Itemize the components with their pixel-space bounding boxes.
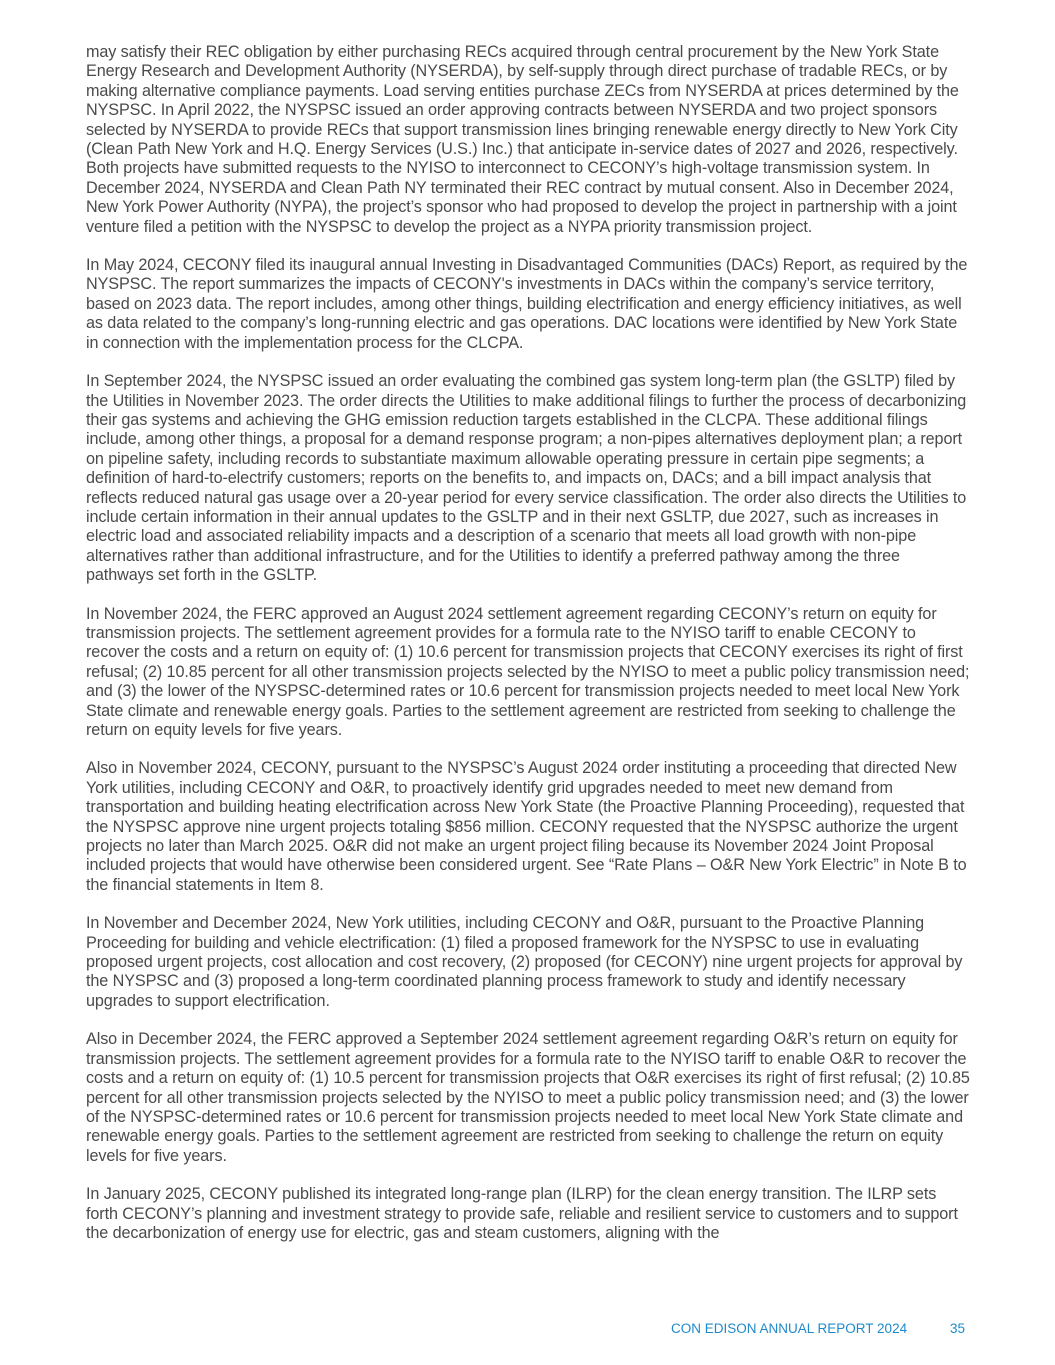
- paragraph-gsltp-order: In September 2024, the NYSPSC issued an …: [86, 372, 970, 585]
- paragraph-proactive-planning-framework: In November and December 2024, New York …: [86, 914, 970, 1011]
- footer-report-title: CON EDISON ANNUAL REPORT 2024: [671, 1321, 907, 1336]
- paragraph-ferc-or-settlement: Also in December 2024, the FERC approved…: [86, 1030, 970, 1166]
- document-body: may satisfy their REC obligation by eith…: [86, 43, 970, 1262]
- paragraph-ferc-cecony-settlement: In November 2024, the FERC approved an A…: [86, 605, 970, 741]
- paragraph-rec-obligation: may satisfy their REC obligation by eith…: [86, 43, 970, 237]
- page-number: 35: [950, 1321, 965, 1336]
- paragraph-dacs-report: In May 2024, CECONY filed its inaugural …: [86, 256, 970, 353]
- paragraph-proactive-planning-request: Also in November 2024, CECONY, pursuant …: [86, 759, 970, 895]
- paragraph-ilrp: In January 2025, CECONY published its in…: [86, 1185, 970, 1243]
